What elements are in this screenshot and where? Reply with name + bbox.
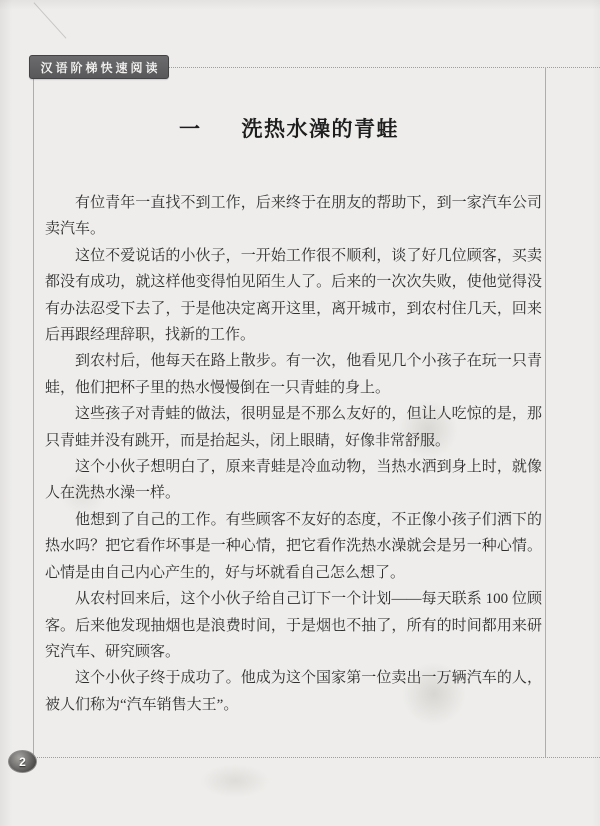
series-title-banner: 汉语阶梯快速阅读 <box>29 55 169 79</box>
lesson-title: 一洗热水澡的青蛙 <box>33 113 545 143</box>
article-paragraph: 从农村回来后，这个小伙子给自己订下一个计划——每天联系 100 位顾客。后来他发… <box>45 586 542 665</box>
article-paragraph: 这些孩子对青蛙的做法，很明显是不那么友好的，但让人吃惊的是，那只青蛙并没有跳开，… <box>45 401 542 454</box>
content-frame-left-border <box>33 57 34 757</box>
article-body: 有位青年一直找不到工作，后来终于在朋友的帮助下，到一家汽车公司卖汽车。这位不爱说… <box>45 190 542 718</box>
article-paragraph: 这个小伙子终于成功了。他成为这个国家第一位卖出一万辆汽车的人，被人们称为“汽车销… <box>45 665 542 718</box>
page-crease-mark <box>34 2 67 38</box>
scanned-book-page: 汉语阶梯快速阅读 2 一洗热水澡的青蛙 有位青年一直找不到工作，后来终于在朋友的… <box>0 0 600 826</box>
scan-smudge <box>200 764 270 798</box>
article-paragraph: 有位青年一直找不到工作，后来终于在朋友的帮助下，到一家汽车公司卖汽车。 <box>45 190 542 243</box>
article-paragraph: 到农村后，他每天在路上散步。有一次，他看见几个小孩子在玩一只青蛙，他们把杯子里的… <box>45 348 542 401</box>
article-paragraph: 这个小伙子想明白了，原来青蛙是冷血动物，当热水洒到身上时，就像人在洗热水澡一样。 <box>45 454 542 507</box>
article-paragraph: 这位不爱说话的小伙子，一开始工作很不顺利，谈了好几位顾客，买卖都没有成功，就这样… <box>45 243 542 349</box>
lesson-number: 一 <box>179 117 202 141</box>
page-number-badge: 2 <box>8 750 37 773</box>
lesson-title-text: 洗热水澡的青蛙 <box>242 117 400 141</box>
content-frame-right-border <box>545 67 546 757</box>
content-frame-bottom-border <box>33 757 600 758</box>
article-paragraph: 他想到了自己的工作。有些顾客不友好的态度，不正像小孩子们洒下的热水吗？把它看作坏… <box>45 507 542 586</box>
